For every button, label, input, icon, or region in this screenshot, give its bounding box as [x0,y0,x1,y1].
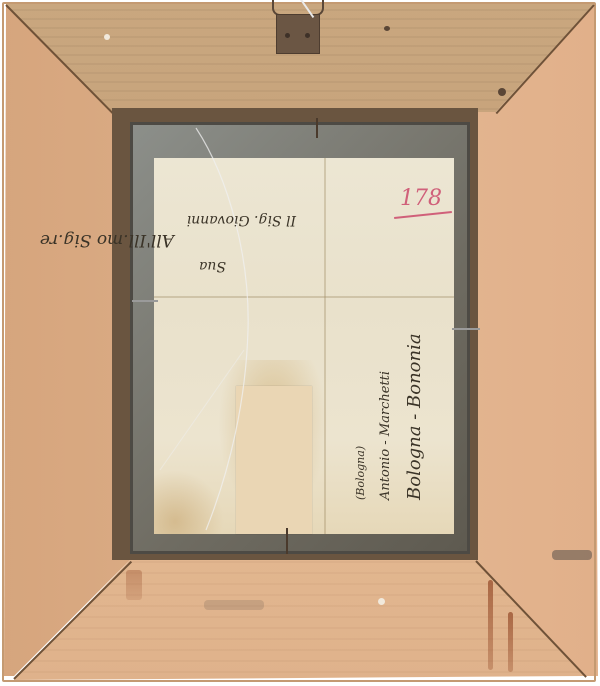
retaining-pin [286,528,288,554]
retaining-pin [132,300,158,302]
handwriting-address-line-2: Il Sig. Giovanni [187,212,296,228]
hanger-nail [285,33,290,38]
handwriting-place: (Bologna) [354,446,367,500]
hanger-nail [305,33,310,38]
handwriting-bologna: Bologna - Bononia [404,333,425,500]
handwriting-address-line-3: Sua [199,258,226,274]
hanger-plate [276,14,320,54]
retaining-pin [316,118,318,138]
handwriting-name: Antonio - Marchetti [378,371,393,500]
retaining-pin [452,328,480,330]
red-catalog-number: 178 [400,186,442,211]
glass-crack [0,0,600,686]
handwriting-address-line-1: All'Ill.mo Sig.re [40,230,174,250]
